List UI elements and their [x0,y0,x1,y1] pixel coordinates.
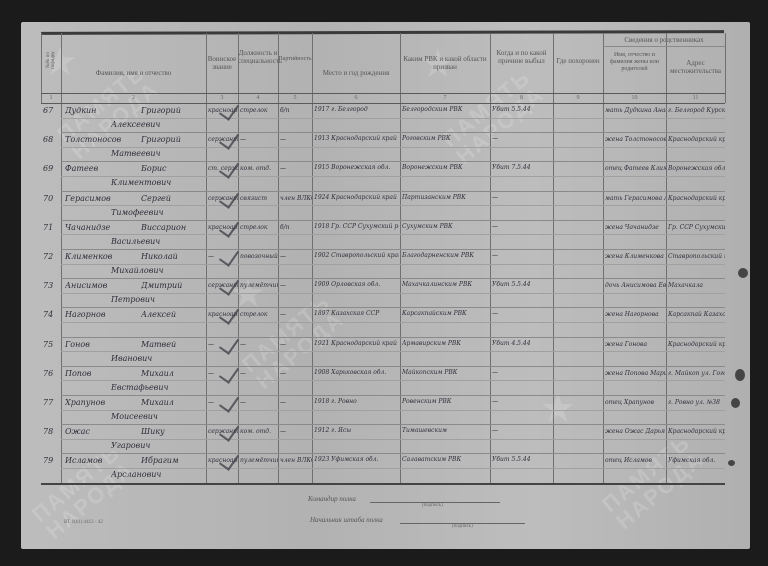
position: связист [240,195,278,202]
surname: Чачанидзе [65,223,135,232]
relative-name: дочь Анисимова Евгения Петровна [605,282,666,289]
patronymic: Михайлович [111,266,201,275]
patronymic: Матвеевич [111,149,201,158]
departure-reason: Убит 5.5.44 [492,456,552,463]
column-number: 3 [206,95,238,101]
party: — [280,370,312,377]
patronymic: Угарович [111,441,201,450]
header-col-rvk: Каким РВК и какой области призван [400,55,490,71]
relative-name: жена Толстоносова Вера Дмитриевна [605,136,666,143]
patronymic: Васильевич [111,237,201,246]
column-number: 5 [278,95,312,101]
paper-stain [731,398,740,408]
party: б/п [280,107,312,114]
birth-place-year: 1897 Казахская ССР [314,310,399,317]
draft-office: Роговским РВК [402,135,490,142]
first-name: Григорий [141,135,203,144]
departure-reason: — [492,223,552,230]
table-bottom-border [41,483,725,485]
departure-reason: Убит 5.5.44 [492,281,552,288]
form-code: ВТ 1(61) 4412 - 42 [64,520,103,525]
relative-name: жена Нагорнова [605,311,666,318]
surname: Анисимов [65,281,135,290]
column-number: 6 [312,95,400,101]
column-number: 10 [603,95,666,101]
row-divider [61,307,725,308]
surname: Фатеев [65,164,135,173]
draft-office: Воронежским РВК [402,164,490,171]
relative-name: мать Дудкина Анастасия Ивановна [605,107,666,114]
row-number: 69 [43,164,61,173]
first-name: Сергей [141,194,203,203]
draft-office: Салаватским РВК [402,456,490,463]
row-number: 72 [43,252,61,261]
chief-of-staff-label: Начальник штаба полка [310,516,383,524]
row-divider [61,249,725,250]
row-number: 77 [43,398,61,407]
draft-office: Армавирским РВК [402,340,490,347]
column-number: 4 [238,95,278,101]
relative-name: жена Гонова [605,341,666,348]
row-divider [61,424,725,425]
header-divider [41,103,725,104]
relative-address: Махачкала [668,282,725,289]
header-col-party: Партийность [278,55,312,63]
header-col-number: №№ по порядку [46,50,56,70]
header-relatives-group: Сведения о родственниках [603,36,725,44]
paper-stain [738,268,748,278]
column-number: 8 [490,95,553,101]
relative-address: Карсакпай Казахская ССР [668,311,725,318]
departure-reason: — [492,310,552,317]
departure-reason: — [492,398,552,405]
relative-address: Уфимская обл. [668,457,725,464]
position: стрелок [240,311,278,318]
row-subdivider [61,293,725,294]
draft-office: Тимашевским [402,427,490,434]
patronymic: Тимофеевич [111,208,201,217]
position: ком. отд. [240,165,278,172]
row-divider [61,395,725,396]
relative-address: Краснодарский край Тимашевский район ст.… [668,136,725,143]
row-number: 70 [43,194,61,203]
first-name: Николай [141,252,203,261]
first-name: Михаил [141,398,203,407]
position: стрелок [240,107,278,114]
departure-reason: — [492,194,552,201]
row-subdivider [61,410,725,411]
party: — [280,311,312,318]
relative-address: Краснодарский край Тимашевский р-н [668,428,725,435]
party: — [280,136,312,143]
birth-place-year: 1917 г. Белгород [314,106,399,113]
draft-office: Благодарненским РВК [402,252,490,259]
row-divider [61,337,725,338]
surname: Гонов [65,340,135,349]
relative-address: Ставропольский край [668,253,725,260]
first-name: Алексей [141,310,203,319]
row-subdivider [61,234,725,235]
row-divider [61,453,725,454]
birth-place-year: 1918 г. Ровно [314,398,399,405]
header-group-divider [603,46,725,47]
row-subdivider [61,322,725,323]
row-number: 79 [43,456,61,465]
relative-name: жена Ожас Дарья Ивановна [605,428,666,435]
first-name: Ибрагим [141,456,203,465]
relative-name: жена Чачанидзе [605,224,666,231]
draft-office: Ровенским РВК [402,398,490,405]
row-number: 67 [43,106,61,115]
header-col-buried: Где похоронен [553,57,603,65]
relative-address: Воронежская обл. [668,165,725,172]
relative-address: г. Белгород Курской обл. ул. Борцов №14 [668,107,725,114]
casualty-table: №№ по порядку Фамилия, имя и отчество Во… [41,33,725,453]
party: — [280,399,312,406]
relative-name: отец Фатеев Климент [605,165,666,172]
column-divider [725,33,726,103]
paper-stain [735,369,745,381]
patronymic: Арсланович [111,470,201,479]
first-name: Дмитрий [141,281,203,290]
draft-office: Партизанским РВК [402,194,490,201]
party: член ВЛКСМ [280,195,312,202]
position: пулемётчик [240,457,278,464]
patronymic: Алексеевич [111,120,201,129]
party: — [280,253,312,260]
row-number: 71 [43,223,61,232]
draft-office: Белгородским РВК [402,106,490,113]
relative-name: отец Храпунов [605,399,666,406]
row-subdivider [61,351,725,352]
party: — [280,341,312,348]
birth-place-year: 1909 Орловская обл. [314,281,399,288]
row-divider [61,220,725,221]
row-subdivider [61,147,725,148]
row-divider [61,132,725,133]
row-divider [61,278,725,279]
birth-place-year: 1921 Краснодарский край [314,340,399,347]
departure-reason: Убит 5.5.44 [492,106,552,113]
departure-reason: — [492,135,552,142]
surname: Попов [65,369,135,378]
draft-office: Махачкалинским РВК [402,281,490,288]
party: — [280,165,312,172]
commander-label: Командир полка [308,495,356,503]
surname: Клименков [65,252,135,261]
column-number: 7 [400,95,490,101]
patronymic: Евстафьевич [111,383,201,392]
surname: Ожас [65,427,135,436]
patronymic: Моисеевич [111,412,201,421]
column-number: 11 [666,95,725,101]
patronymic: Петрович [111,295,201,304]
row-subdivider [61,205,725,206]
party: б/п [280,224,312,231]
relative-name: жена Клименкова Мария [605,253,666,260]
first-name: Шику [141,427,203,436]
row-number: 74 [43,310,61,319]
position: — [240,136,278,143]
birth-place-year: 1924 Краснодарский край [314,194,399,201]
patronymic: Климентович [111,178,201,187]
position: — [240,341,278,348]
row-subdivider [61,264,725,265]
row-subdivider [61,176,725,177]
surname: Дудкин [65,106,135,115]
header-col-address: Адрес местожительства [666,59,725,75]
draft-office: Майкопским РВК [402,369,490,376]
row-number: 78 [43,427,61,436]
row-subdivider [61,468,725,469]
party: — [280,428,312,435]
birth-place-year: 1918 Гр. ССР Сухумский р-н [314,223,399,230]
departure-reason: — [492,427,552,434]
chief-signature-caption: (подпись) [452,524,473,529]
first-name: Григорий [141,106,203,115]
row-divider [61,191,725,192]
row-divider [61,366,725,367]
birth-place-year: 1915 Воронежская обл. [314,164,399,171]
patronymic: Иванович [111,354,201,363]
row-divider [61,161,725,162]
position: пулемётчик [240,282,278,289]
draft-office: Карсакпайским РВК [402,310,490,317]
surname: Герасимов [65,194,135,203]
row-subdivider [61,118,725,119]
position: повозочный [240,253,278,260]
first-name: Борис [141,164,203,173]
party: член ВЛКСМ [280,457,312,464]
header-col-relative: Имя, отчество и фамилия жены или родител… [603,52,666,73]
column-number: 9 [553,95,603,101]
departure-reason: — [492,369,552,376]
position: ком. отд. [240,428,278,435]
header-col-name: Фамилия, имя и отчество [61,69,206,77]
header-col-birth: Место и год рождения [312,69,400,77]
relative-address: Гр. ССР Сухумский р-н [668,224,725,231]
row-number: 75 [43,340,61,349]
first-name: Виссарион [141,223,203,232]
row-number: 73 [43,281,61,290]
relative-name: жена Попова Мария [605,370,666,377]
relative-name: мать Герасимова Александра Ивановна [605,195,666,202]
relative-name: отец Исламов [605,457,666,464]
birth-place-year: 1908 Харьковская обл. [314,369,399,376]
column-number: 1 [41,95,61,101]
birth-place-year: 1902 Ставропольский край [314,252,399,259]
relative-address: г. Майкоп ул. Гоголя №131 [668,370,725,377]
header-divider [41,93,725,94]
departure-reason: Убит 7.5.44 [492,164,552,171]
departure-reason: Убит 4.5.44 [492,340,552,347]
birth-place-year: 1913 Краснодарский край ст. Роговская [314,135,399,142]
row-number: 68 [43,135,61,144]
row-subdivider [61,380,725,381]
birth-place-year: 1923 Уфимская обл. [314,456,399,463]
surname: Исламов [65,456,135,465]
position: — [240,399,278,406]
row-subdivider [61,439,725,440]
surname: Храпунов [65,398,135,407]
relative-address: Краснодарский край [668,341,725,348]
surname: Нагорнов [65,310,135,319]
birth-place-year: 1912 г. Ясы [314,427,399,434]
commander-signature-caption: (подпись) [422,503,443,508]
header-col-rank: Воинское звание [206,55,238,71]
relative-address: Краснодарский край г. Армавир [668,195,725,202]
column-number: 2 [61,95,206,101]
surname: Толстоносов [65,135,135,144]
first-name: Матвей [141,340,203,349]
row-number: 76 [43,369,61,378]
party: — [280,282,312,289]
departure-reason: — [492,252,552,259]
first-name: Михаил [141,369,203,378]
draft-office: Сухумским РВК [402,223,490,230]
position: стрелок [240,224,278,231]
header-col-reason: Когда и по какой причине выбыл [490,49,553,65]
header-col-position: Должность и специальность [238,49,278,65]
relative-address: г. Ровно ул. №38 [668,399,725,406]
paper-stain [728,460,735,466]
position: — [240,370,278,377]
